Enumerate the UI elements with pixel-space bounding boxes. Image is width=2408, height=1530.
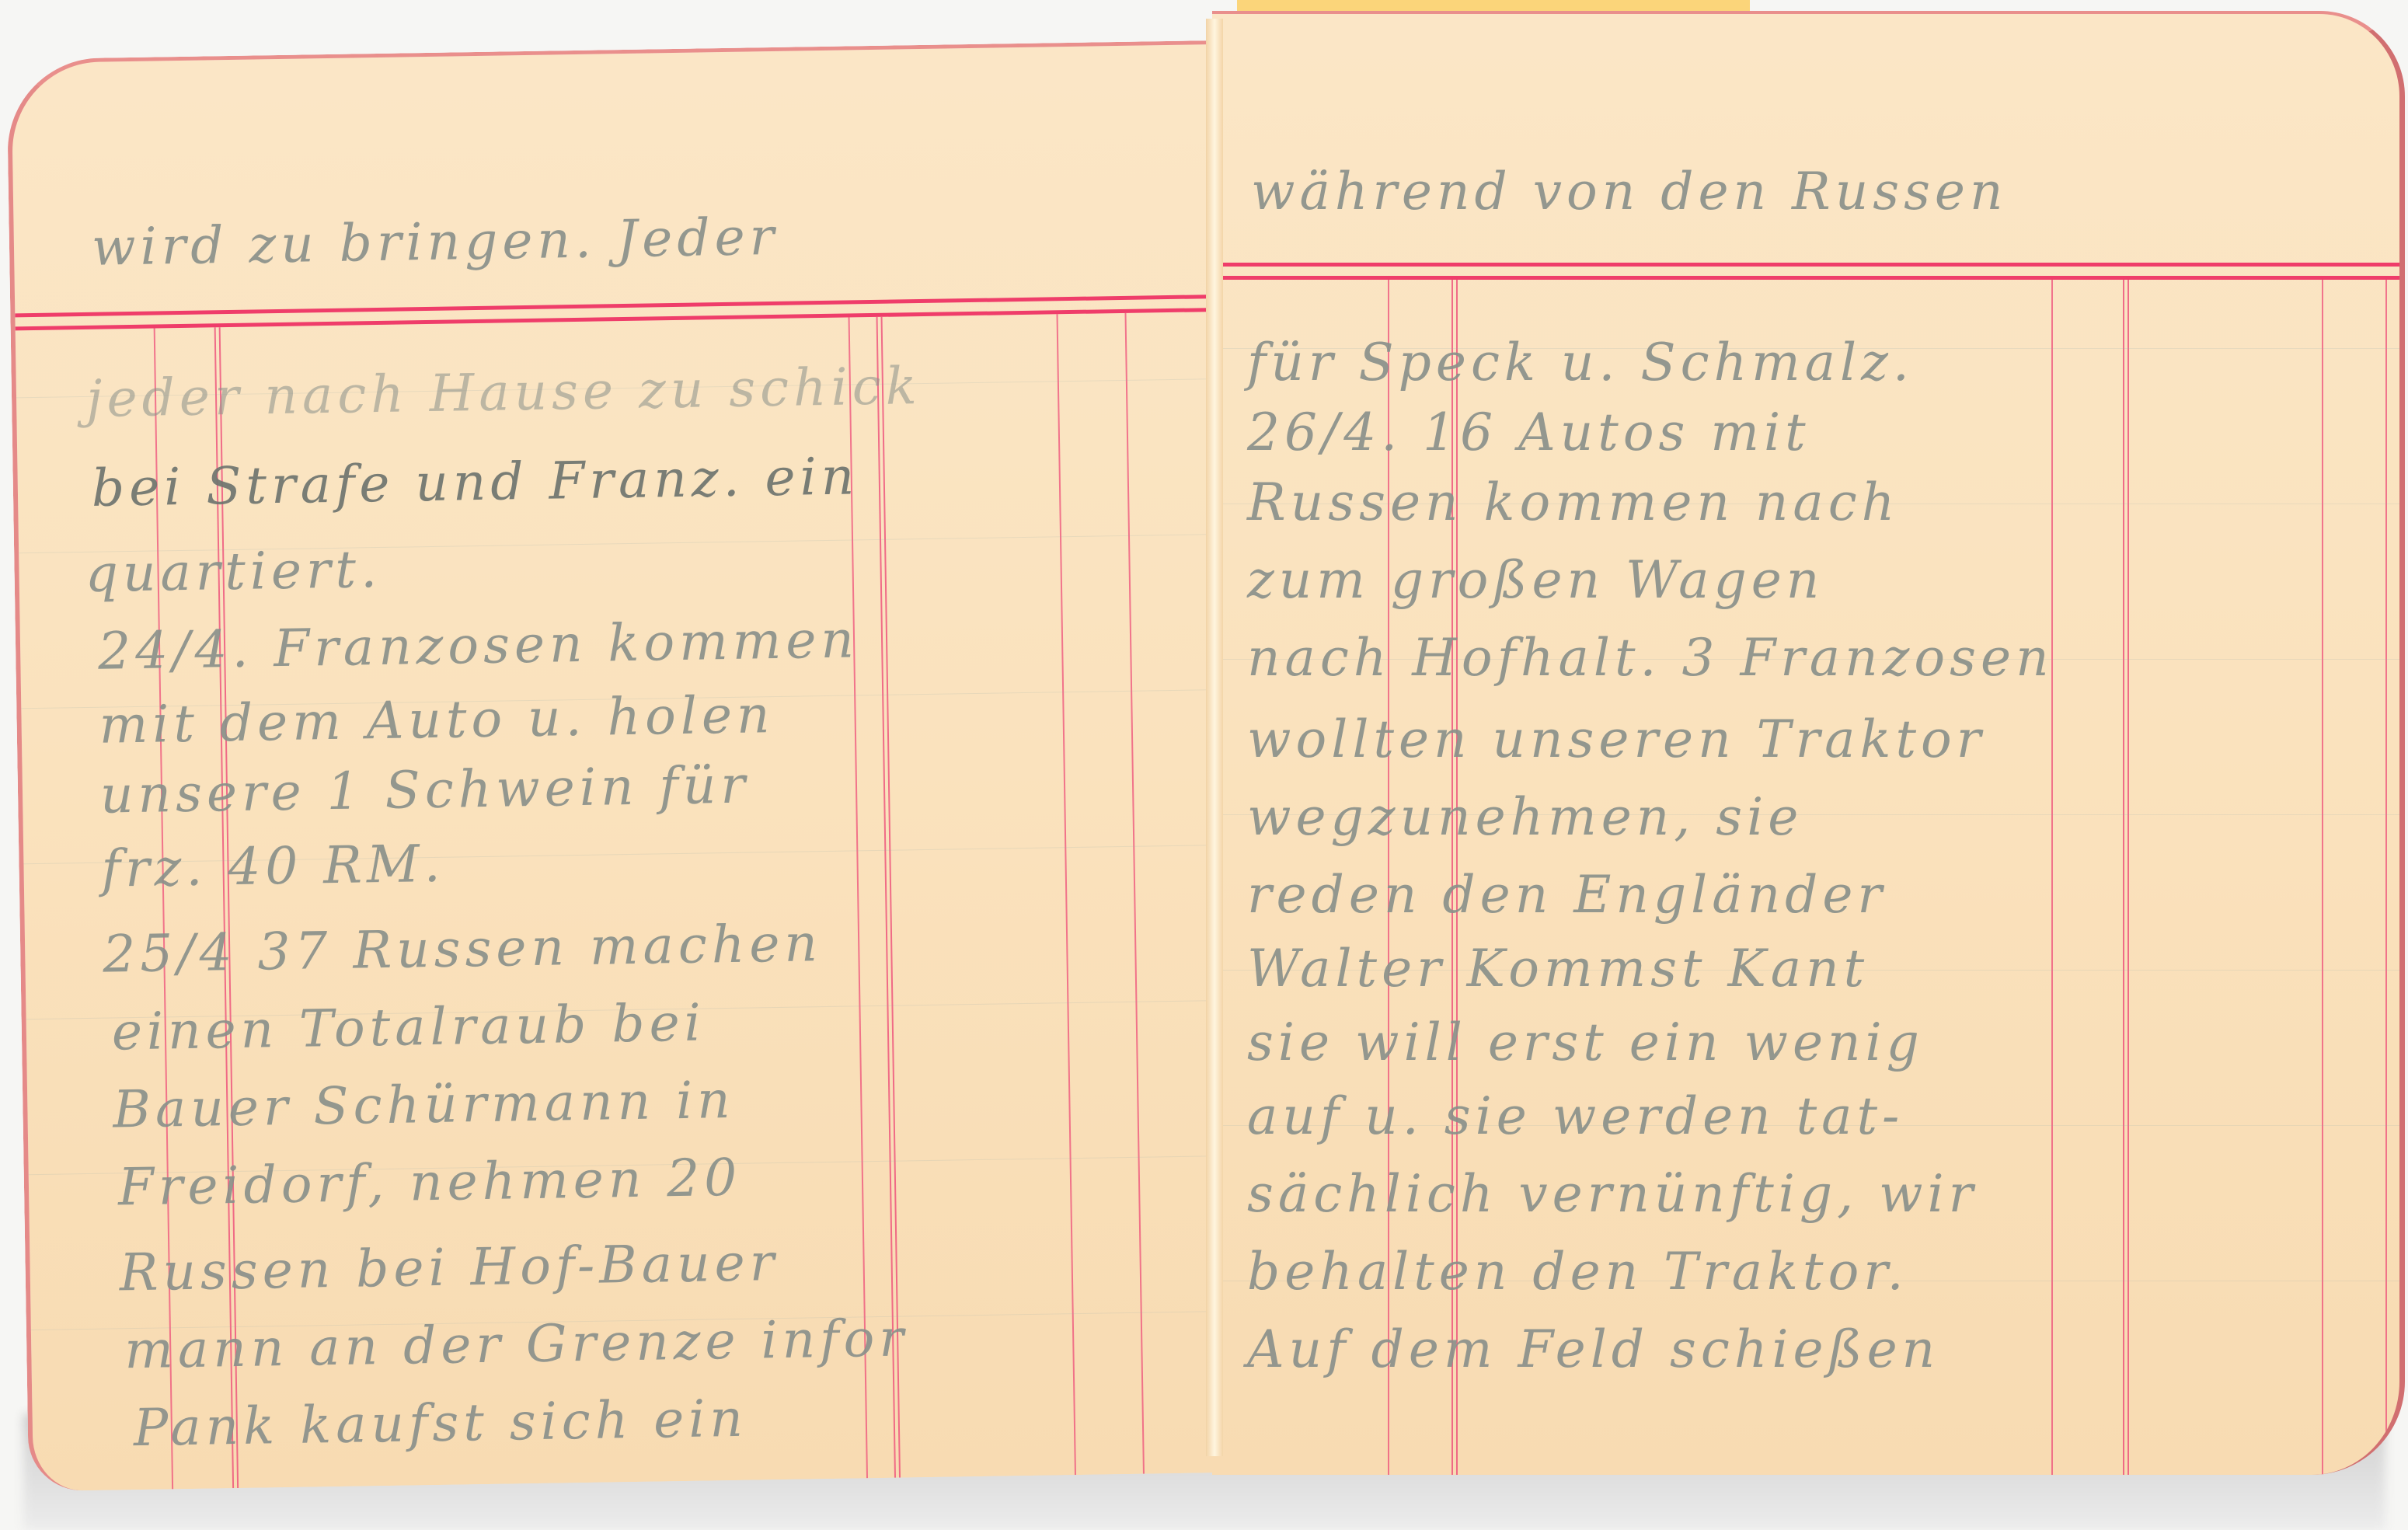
handwritten-line: quartiert. [85, 539, 382, 604]
handwritten-line: auf u. sie werden tat- [1247, 1086, 1904, 1146]
handwritten-line: Bauer Schürmann in [113, 1070, 735, 1140]
column-rule [2322, 280, 2323, 1475]
handwritten-line: Russen kommen nach [1247, 472, 1899, 532]
handwritten-line: einen Totalraub bei [111, 993, 706, 1062]
handwritten-line: Auf dem Feld schießen [1247, 1319, 1939, 1379]
column-double-rule [876, 317, 901, 1478]
handwritten-line: unsere 1 Schwein für [99, 755, 750, 825]
handwritten-line: nach Hofhalt. 3 Franzosen [1247, 628, 2054, 688]
handwritten-line: wegzunehmen, sie [1247, 787, 1803, 847]
handwritten-line: mit dem Auto u. holen [99, 685, 775, 755]
handwritten-line: zum großen Wagen [1247, 550, 1824, 610]
notebook-gutter [1206, 19, 1223, 1456]
column-rule [2385, 280, 2387, 1475]
header-handwriting: wird zu bringen. Jeder [91, 207, 779, 277]
handwritten-line: wollten unseren Traktor [1247, 709, 1985, 769]
column-rule [2051, 280, 2053, 1475]
handwritten-line: Pank kaufst sich ein [133, 1389, 747, 1458]
column-rule [1057, 314, 1076, 1475]
handwritten-line: reden den Engländer [1247, 865, 1887, 925]
handwritten-line: Russen bei Hof-Bauer [119, 1232, 779, 1302]
column-double-rule [2123, 280, 2129, 1475]
right-page: während von den Russen für Speck u. Schm… [1212, 11, 2405, 1475]
handwritten-line: 26/4. 16 Autos mit [1247, 403, 1810, 462]
header-double-rule [1212, 263, 2399, 280]
header-double-rule [15, 294, 1221, 330]
handwritten-line: sie will erst ein wenig [1247, 1012, 1924, 1072]
handwritten-line: sächlich vernünftig, wir [1247, 1164, 1978, 1224]
handwritten-line: jeder nach Hause zu schick [85, 356, 922, 429]
handwritten-line: 24/4. Franzosen kommen [98, 609, 859, 681]
handwritten-line: 25/4 37 Russen machen [103, 913, 823, 985]
left-page: wird zu bringen. Jeder jeder nach Hause … [6, 40, 1239, 1491]
handwritten-line: Walter Kommst Kant [1247, 939, 1869, 999]
handwritten-line: mann an der Grenze infor [124, 1308, 909, 1380]
handwritten-line: bei Strafe und Franz. ein [91, 446, 859, 518]
column-rule [1124, 313, 1144, 1474]
header-handwriting: während von den Russen [1251, 162, 2008, 221]
handwritten-line: für Speck u. Schmalz. [1247, 333, 1914, 392]
handwritten-line: behalten den Traktor. [1247, 1242, 1908, 1302]
handwritten-line: Freidorf, nehmen 20 [117, 1148, 741, 1218]
handwritten-line: frz. 40 RM. [101, 834, 445, 899]
